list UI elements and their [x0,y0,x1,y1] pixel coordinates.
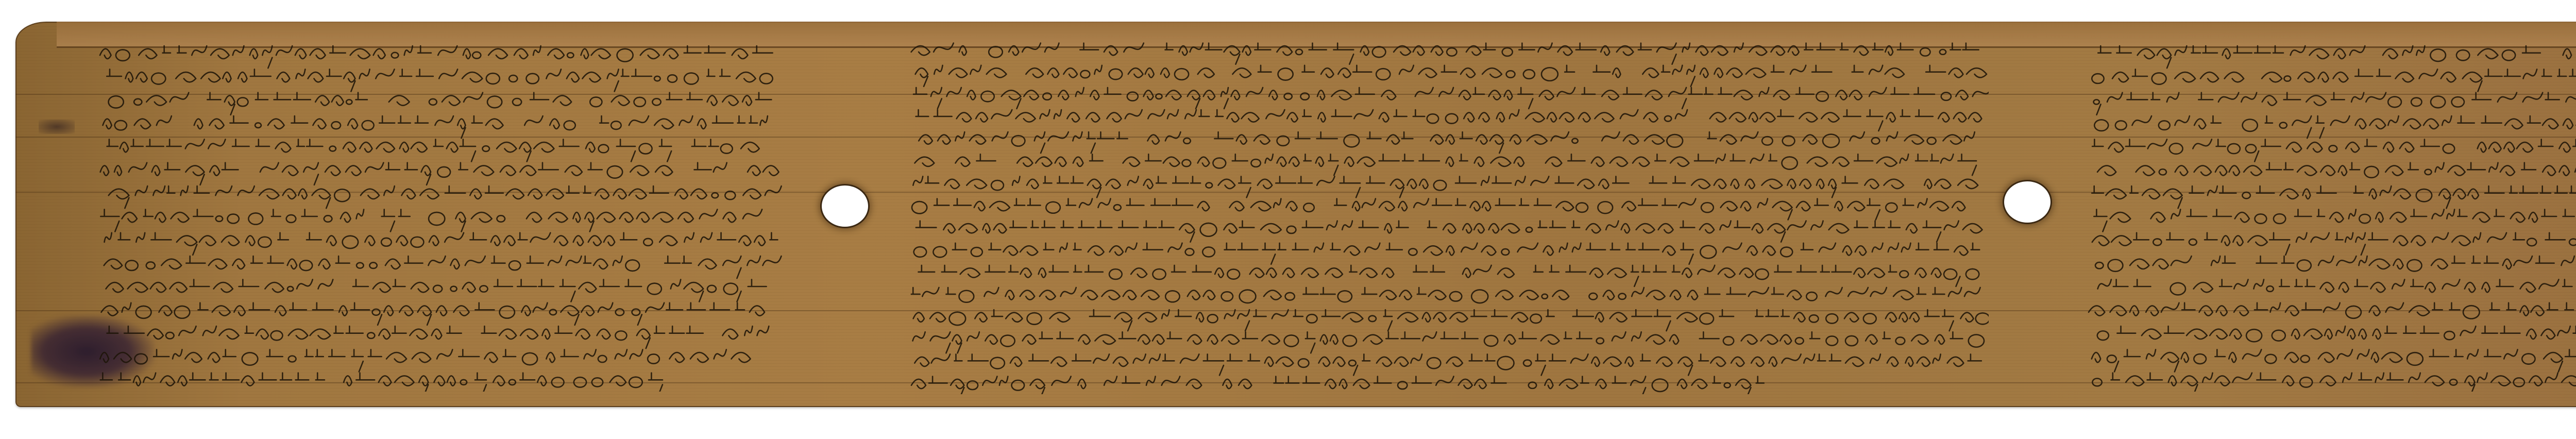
binding-hole [822,185,868,227]
manuscript-text-center [907,39,1989,394]
manuscript-text-left [98,41,783,392]
ink-smudge [39,120,75,134]
handwriting-strokes [907,39,1989,394]
handwriting-strokes [98,41,783,392]
binding-hole [2004,181,2050,223]
handwriting-strokes [2087,41,2576,392]
manuscript-text-right [2087,41,2576,392]
